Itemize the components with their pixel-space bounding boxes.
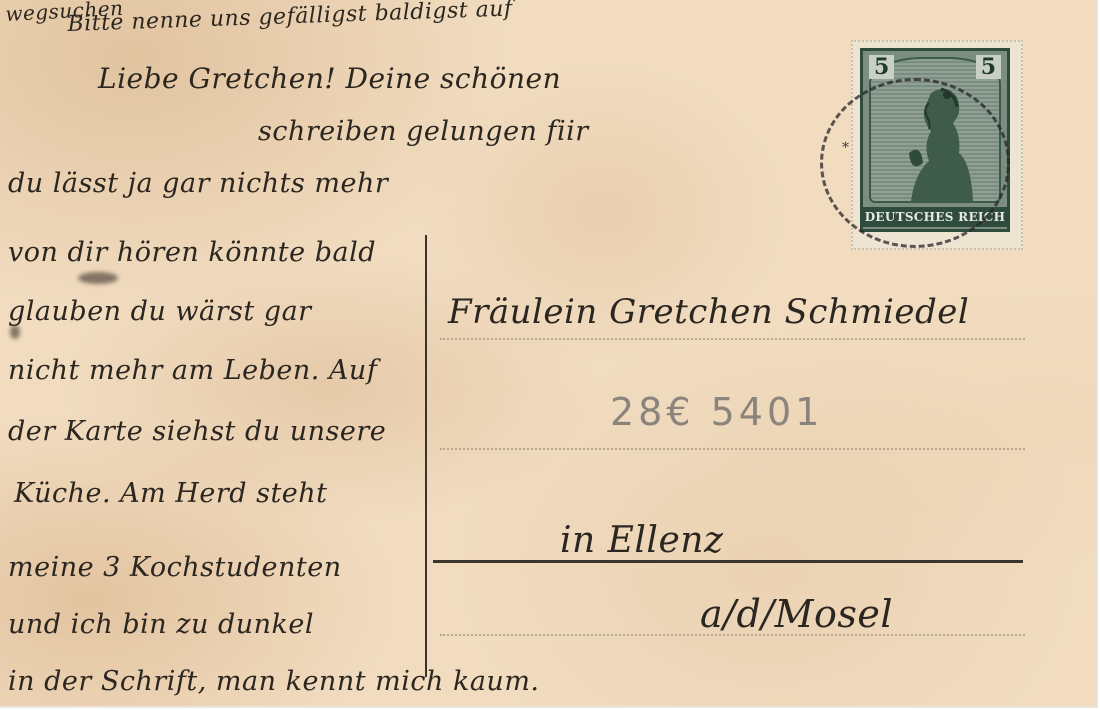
address-region: a/d/Mosel: [700, 592, 893, 636]
address-line-2: [440, 448, 1025, 450]
stamp-value-right: 5: [976, 55, 1001, 79]
pencil-note: 28€ 5401: [610, 390, 823, 434]
message-line: meine 3 Kochstudenten: [8, 552, 342, 583]
vertical-divider: [425, 235, 427, 677]
ink-blot: [78, 272, 118, 284]
message-line: Küche. Am Herd steht: [14, 478, 328, 509]
message-line: nicht mehr am Leben. Auf: [8, 355, 377, 386]
address-town: in Ellenz: [560, 520, 723, 561]
message-line: du lässt ja gar nichts mehr: [8, 168, 388, 199]
address-line-3: [433, 560, 1023, 563]
message-line: glauben du wärst gar: [8, 296, 312, 327]
address-line-1: [440, 338, 1025, 340]
message-greeting: Liebe Gretchen! Deine schönen: [98, 62, 561, 95]
message-line: schreiben gelungen fiir: [258, 116, 589, 147]
stamp-value-left: 5: [869, 55, 894, 79]
postcard: wegsuchen Bitte nenne uns gefälligst bal…: [0, 0, 1098, 708]
message-line: der Karte siehst du unsere: [8, 416, 386, 447]
postmark-star-icon: *: [842, 140, 849, 156]
ink-blot: [10, 325, 20, 339]
recipient-name: Fräulein Gretchen Schmiedel: [448, 292, 969, 332]
postmark-circle: [820, 78, 1010, 248]
message-line: Bitte nenne uns gefälligst baldigst auf: [67, 0, 513, 37]
message-line: von dir hören könnte bald: [8, 237, 376, 268]
message-line: und ich bin zu dunkel: [8, 609, 314, 640]
message-line: in der Schrift, man kennt mich kaum.: [8, 666, 540, 697]
